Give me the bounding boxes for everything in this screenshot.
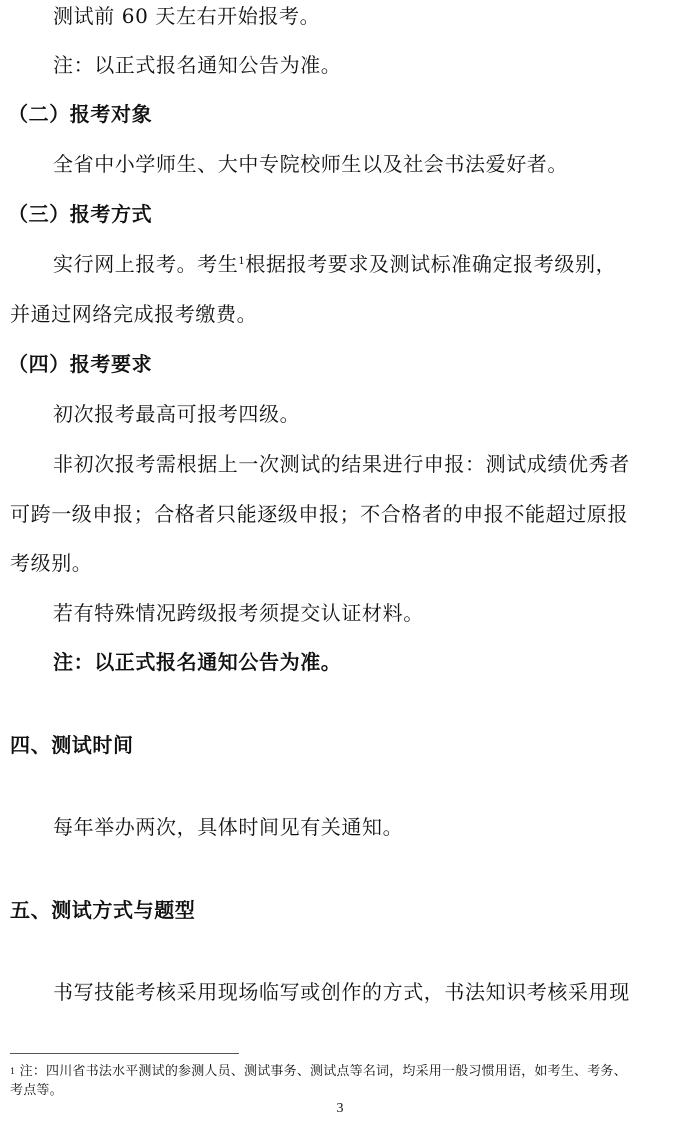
footnote-reference[interactable]: 1 — [238, 256, 245, 267]
paragraph-line: 并通过网络完成报考缴费。 — [10, 302, 257, 326]
paragraph-line: 考级别。 — [10, 551, 92, 575]
paragraph-line: 每年举办两次，具体时间见有关通知。 — [53, 815, 403, 839]
note-line: 注：以正式报名通知公告为准。 — [53, 53, 341, 77]
text-segment: 实行网上报考。考生 — [53, 252, 238, 276]
paragraph-line: 书写技能考核采用现场临写或创作的方式，书法知识考核采用现 — [53, 980, 630, 1004]
footnote-line: 1 注：四川省书法水平测试的参测人员、测试事务、测试点等名词，均采用一般习惯用语… — [10, 1063, 675, 1080]
footnote-line: 考点等。 — [10, 1082, 675, 1099]
paragraph-line: 可跨一级申报；合格者只能逐级申报；不合格者的申报不能超过原报 — [10, 502, 628, 526]
paragraph-line: 测试前 60 天左右开始报考。 — [53, 4, 320, 28]
text-segment: 根据报考要求及测试标准确定报考级别， — [245, 252, 616, 276]
paragraph-line: 初次报考最高可报考四级。 — [53, 402, 300, 426]
footnote-text: 注：四川省书法水平测试的参测人员、测试事务、测试点等名词，均采用一般习惯用语，如… — [15, 1064, 627, 1079]
section-title-test-time: 四、测试时间 — [10, 733, 134, 757]
section-title-test-format: 五、测试方式与题型 — [10, 898, 195, 922]
paragraph-line: 若有特殊情况跨级报考须提交认证材料。 — [53, 601, 424, 625]
subheading-requirements: （四）报考要求 — [8, 352, 152, 376]
paragraph-line: 全省中小学师生、大中专院校师生以及社会书法爱好者。 — [53, 152, 568, 176]
paragraph-line: 非初次报考需根据上一次测试的结果进行申报：测试成绩优秀者 — [53, 452, 630, 476]
paragraph-line: 实行网上报考。考生1根据报考要求及测试标准确定报考级别， — [53, 252, 616, 276]
footnote-separator — [10, 1053, 239, 1054]
page-number: 3 — [0, 1101, 680, 1117]
subheading-method: （三）报考方式 — [8, 202, 152, 226]
bold-note-line: 注：以正式报名通知公告为准。 — [53, 650, 341, 674]
subheading-targets: （二）报考对象 — [8, 102, 152, 126]
